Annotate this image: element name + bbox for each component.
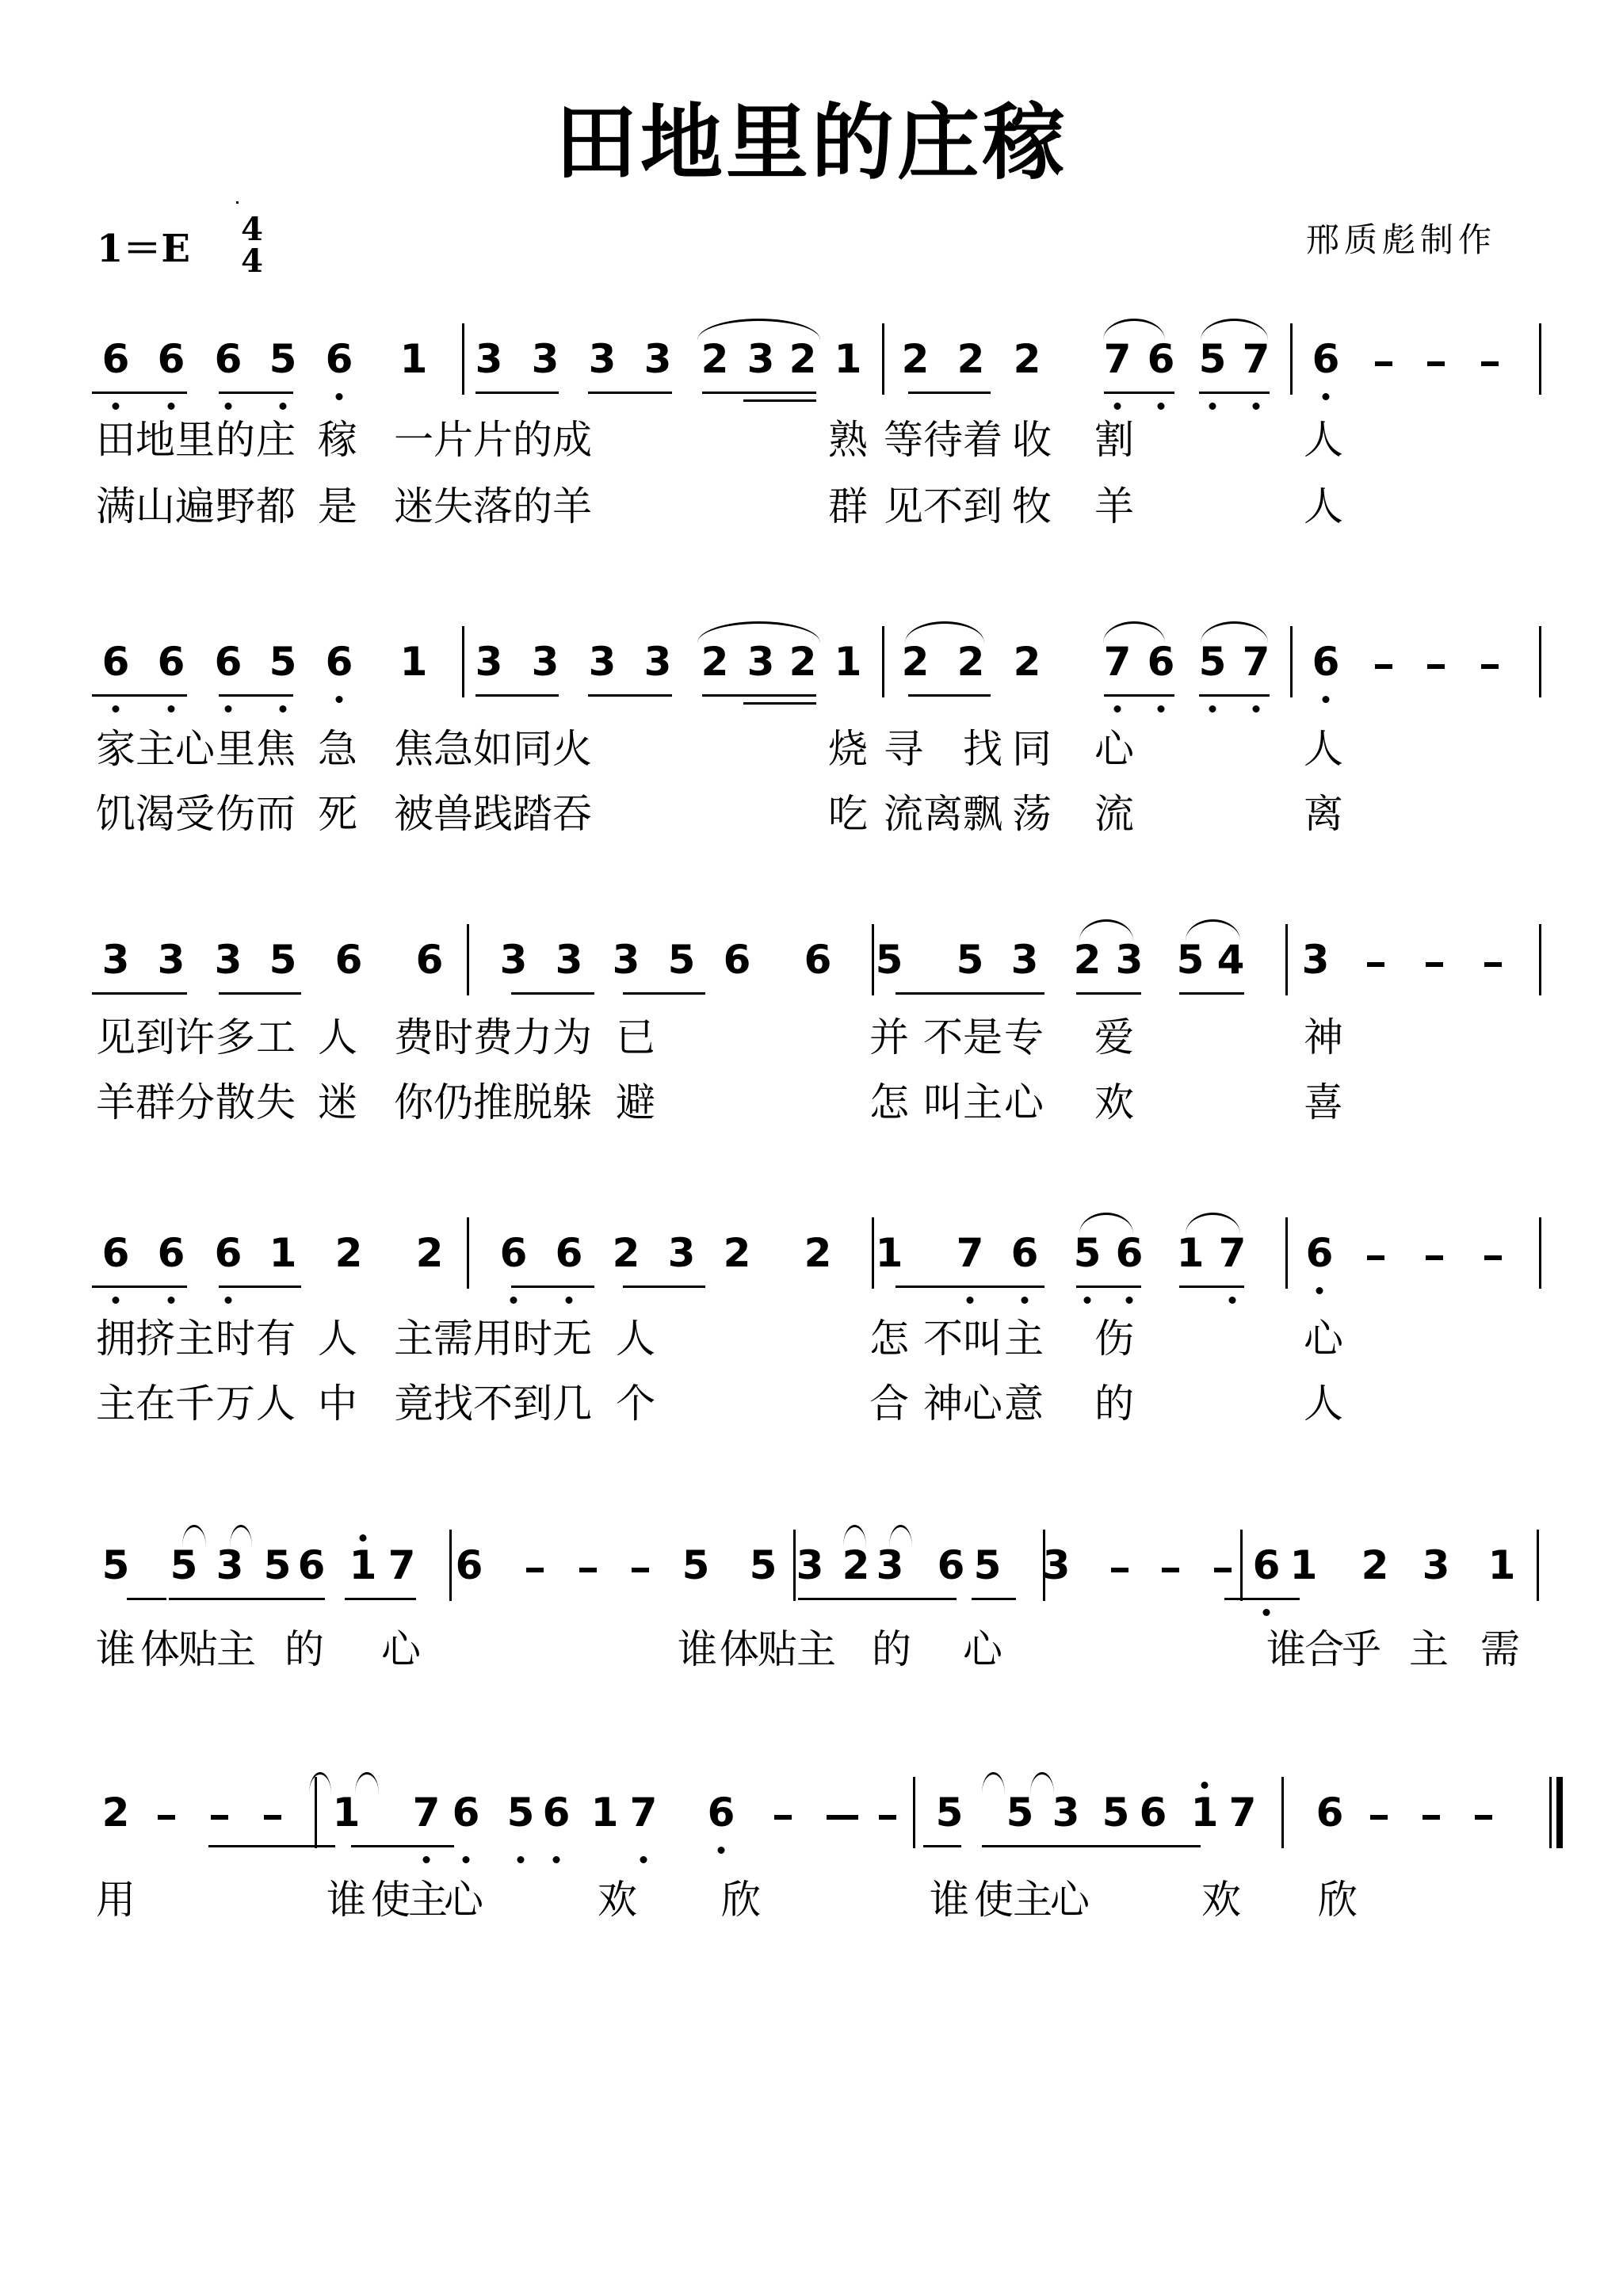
lyric-char: 寻	[884, 729, 923, 769]
lyric-char: 欣	[721, 1880, 761, 1920]
sustain-dash	[1427, 361, 1445, 366]
eighth-underline	[982, 1845, 1030, 1847]
slur	[1186, 919, 1240, 941]
sixteenth-underline	[743, 702, 816, 705]
low-octave-dot	[1229, 1297, 1236, 1304]
lyric-char: 离	[923, 794, 963, 834]
sustain-dash	[1367, 1255, 1384, 1260]
note: 4	[1217, 940, 1245, 980]
barline	[1539, 924, 1541, 995]
note: 6	[215, 339, 242, 379]
slur	[230, 1525, 252, 1546]
sustain-dash	[1427, 664, 1445, 669]
lyric-char: 如	[473, 729, 513, 769]
note: 5	[1199, 642, 1227, 682]
sustain-dash	[1484, 1255, 1502, 1260]
lyric-char: 已	[616, 1018, 655, 1057]
lyric-char: 时	[433, 1018, 473, 1057]
lyric-char: 是	[963, 1018, 1002, 1057]
lyric-char: 的	[513, 420, 552, 460]
low-octave-dot	[168, 403, 175, 410]
lyric-char: 谁	[678, 1629, 717, 1669]
slur	[1079, 1213, 1133, 1234]
barline	[793, 1530, 796, 1601]
lyric-char: 工	[256, 1018, 296, 1057]
lyric-char: 有	[256, 1319, 296, 1358]
low-octave-dot	[1316, 1287, 1323, 1294]
barline	[1285, 924, 1288, 995]
low-octave-dot	[423, 1856, 430, 1863]
sixteenth-underline	[743, 399, 816, 402]
lyric-char: 千	[175, 1384, 215, 1423]
lyric-char: 为	[552, 1018, 592, 1057]
barline	[1281, 1777, 1284, 1848]
note: 2	[902, 339, 930, 379]
lyric-char: 收	[1012, 420, 1052, 460]
eighth-underline	[1199, 694, 1270, 697]
note: 5	[507, 1793, 535, 1832]
note: 3	[644, 642, 672, 682]
lyric-char: 费	[473, 1018, 513, 1057]
lyric-char: 是	[318, 487, 357, 526]
lyric-char: 喜	[1304, 1083, 1343, 1122]
lyric-char: 用	[473, 1319, 513, 1358]
lyric-char: 躲	[552, 1083, 592, 1122]
eighth-underline	[1224, 1598, 1300, 1600]
low-octave-dot	[1209, 403, 1216, 410]
note: 5	[1177, 940, 1205, 980]
note: 3	[613, 940, 640, 980]
sustain-dash	[632, 1568, 649, 1572]
note: 6	[215, 1233, 242, 1273]
barline	[462, 323, 464, 395]
lyric-char: 个	[616, 1384, 655, 1423]
lyric-char: 脱	[513, 1083, 552, 1122]
note: 5	[957, 940, 984, 980]
note: 2	[957, 642, 985, 682]
eighth-underline	[475, 392, 559, 394]
note: 5	[269, 642, 297, 682]
note: 1	[1290, 1545, 1318, 1585]
lyric-char: 家	[96, 729, 136, 769]
note: 3	[1052, 1793, 1080, 1832]
eighth-underline	[1199, 392, 1270, 394]
sustain-dash	[1481, 664, 1499, 669]
lyric-char: 万	[216, 1384, 255, 1423]
time-signature-denominator: 4	[236, 246, 268, 277]
lyric-char: 叫	[923, 1083, 963, 1122]
slur	[1103, 319, 1165, 340]
lyric-char: 急	[433, 729, 473, 769]
lyric-char: 贴	[178, 1629, 218, 1669]
lyric-char: 多	[216, 1018, 255, 1057]
lyric-char: 人	[1304, 729, 1343, 769]
low-octave-dot	[718, 1847, 725, 1854]
note: 1	[1488, 1545, 1516, 1585]
low-octave-dot	[168, 705, 175, 712]
note: 3	[215, 940, 242, 980]
slur	[982, 1772, 1005, 1794]
eighth-underline	[957, 1286, 1044, 1288]
lyric-char: 迷	[394, 487, 433, 526]
note: 2	[804, 1233, 832, 1273]
lyric-char: 群	[136, 1083, 175, 1122]
time-signature-divider	[236, 201, 239, 204]
low-octave-dot	[1114, 403, 1121, 410]
lyric-char: 心	[963, 1629, 1002, 1669]
lyric-char: 群	[828, 487, 868, 526]
eighth-underline	[908, 392, 991, 394]
note: 3	[644, 339, 672, 379]
lyric-char: 迷	[318, 1083, 357, 1122]
note: 6	[102, 1233, 130, 1273]
eighth-underline	[219, 694, 293, 697]
lyric-char: 欢	[1201, 1880, 1241, 1920]
lyric-char: 吃	[828, 794, 868, 834]
lyric-char: 竟	[394, 1384, 433, 1423]
note: 3	[158, 940, 185, 980]
lyric-char: 主	[1004, 1319, 1044, 1358]
lyric-char: 散	[216, 1083, 255, 1122]
lyric-char: 几	[552, 1384, 592, 1423]
note: 7	[1219, 1233, 1247, 1273]
note: 6	[500, 1233, 528, 1273]
lyric-char: 稼	[318, 420, 357, 460]
lyric-char: 等	[884, 420, 923, 460]
eighth-underline	[1141, 1845, 1201, 1847]
low-octave-dot	[1084, 1297, 1091, 1304]
lyric-char: 怎	[869, 1319, 909, 1358]
lyric-char: 流	[884, 794, 923, 834]
barline	[449, 1530, 452, 1601]
note: 6	[326, 642, 353, 682]
notation-system: 6665613333232122276576	[0, 642, 1623, 713]
note: 3	[532, 339, 559, 379]
lyric-char: 踏	[513, 794, 552, 834]
lyric-char: 山	[136, 487, 175, 526]
note: 6	[215, 642, 242, 682]
barline	[913, 1777, 915, 1848]
lyric-char: 无	[552, 1319, 592, 1358]
sustain-dash	[1426, 962, 1443, 967]
lyric-char: 熟	[828, 420, 868, 460]
note: 3	[216, 1545, 244, 1585]
lyric-char: 合	[869, 1384, 909, 1423]
eighth-underline	[702, 694, 816, 697]
eighth-underline	[92, 392, 187, 394]
sustain-dash	[1111, 1568, 1128, 1572]
sustain-dash	[1423, 1815, 1440, 1820]
slur	[1103, 621, 1165, 643]
low-octave-dot	[463, 1856, 470, 1863]
lyric-char: 流	[1094, 794, 1134, 834]
lyric-char: 渴	[136, 794, 175, 834]
barline	[872, 1217, 874, 1289]
low-octave-dot	[1253, 705, 1260, 712]
low-octave-dot	[1323, 696, 1330, 703]
lyric-char: 的	[1094, 1384, 1134, 1423]
sustain-dash	[526, 1568, 544, 1572]
eighth-underline	[262, 1598, 325, 1600]
low-octave-dot	[225, 403, 232, 410]
lyric-char: 意	[1004, 1384, 1044, 1423]
note: 6	[102, 339, 130, 379]
sustain-dash	[1367, 962, 1384, 967]
barline	[1537, 1530, 1539, 1601]
note: 2	[789, 339, 817, 379]
sustain-dash	[1375, 361, 1392, 366]
lyric-char: 遍	[175, 487, 215, 526]
lyric-char: 合	[1304, 1629, 1344, 1669]
lyric-char: 见	[884, 487, 923, 526]
low-octave-dot	[113, 403, 120, 410]
lyric-char: 焦	[394, 729, 433, 769]
note: 7	[1243, 642, 1270, 682]
low-octave-dot	[336, 696, 343, 703]
note: 6	[543, 1793, 571, 1832]
note: 5	[750, 1545, 777, 1585]
eighth-underline	[345, 1598, 416, 1600]
barline	[1240, 1530, 1243, 1601]
lyric-char: 失	[256, 1083, 296, 1122]
slur	[1186, 1213, 1240, 1234]
note: 7	[630, 1793, 658, 1832]
lyric-char: 需	[1480, 1629, 1520, 1669]
note: 6	[556, 1233, 583, 1273]
note: 1	[1191, 1793, 1219, 1832]
note: 2	[1014, 339, 1041, 379]
lyric-char: 体	[140, 1629, 180, 1669]
barline	[1539, 323, 1541, 395]
lyric-char: 的	[872, 1629, 911, 1669]
note: 3	[589, 339, 617, 379]
lyric-char: 人	[318, 1018, 357, 1057]
high-octave-dot	[1201, 1782, 1209, 1789]
lyric-char: 并	[869, 1018, 909, 1057]
eighth-underline	[219, 392, 293, 394]
lyric-char: 到	[963, 487, 1002, 526]
note: 1	[400, 642, 428, 682]
lyric-char: 时	[216, 1319, 255, 1358]
lyric-char: 羊	[552, 487, 592, 526]
lyric-char: 主	[216, 1629, 256, 1669]
note: 3	[1302, 940, 1330, 980]
sustain-dash	[264, 1815, 281, 1820]
eighth-underline	[623, 992, 705, 995]
note: 2	[724, 1233, 751, 1273]
lyric-char: 谁	[1266, 1629, 1306, 1669]
slur	[1201, 621, 1268, 643]
lyric-char: 牧	[1012, 487, 1052, 526]
lyric-char: 的	[216, 420, 255, 460]
note: 6	[158, 1233, 185, 1273]
lyric-char: 主	[394, 1319, 433, 1358]
eighth-underline	[908, 694, 991, 697]
low-octave-dot	[113, 705, 120, 712]
lyric-char: 使	[974, 1880, 1014, 1920]
lyric-char: 人	[616, 1319, 655, 1358]
eighth-underline	[219, 992, 301, 995]
lyric-char: 心	[1304, 1319, 1343, 1358]
note: 6	[416, 940, 444, 980]
note: 2	[416, 1233, 444, 1273]
lyric-char: 离	[1304, 794, 1343, 834]
note: 5	[936, 1793, 964, 1832]
lyric-char: 死	[318, 794, 357, 834]
lyric-char: 欢	[598, 1880, 637, 1920]
note: 5	[269, 339, 297, 379]
barline	[462, 626, 464, 697]
note: 6	[804, 940, 832, 980]
sustain-dash	[1475, 1815, 1492, 1820]
eighth-underline	[407, 1845, 454, 1847]
song-title: 田地里的庄稼	[0, 101, 1623, 184]
note: 1	[591, 1793, 619, 1832]
note: 5	[1074, 1233, 1102, 1273]
lyric-char: 烧	[828, 729, 868, 769]
note: 2	[102, 1793, 130, 1832]
eighth-underline	[1092, 1845, 1144, 1847]
eighth-underline	[92, 992, 187, 995]
lyric-char: 片	[473, 420, 513, 460]
note: 5	[269, 940, 297, 980]
eighth-underline	[702, 392, 816, 394]
lyric-char: 见	[96, 1018, 136, 1057]
note: 3	[668, 1233, 696, 1273]
lyric-char: 欣	[1318, 1880, 1358, 1920]
lyric-char: 都	[256, 487, 296, 526]
slur	[697, 621, 820, 643]
lyric-char: 仍	[433, 1083, 473, 1122]
sustain-dash	[579, 1568, 597, 1572]
eighth-underline	[92, 694, 187, 697]
lyric-char: 不	[923, 487, 963, 526]
lyric-char: 体	[720, 1629, 759, 1669]
low-octave-dot	[640, 1856, 647, 1863]
low-octave-dot	[113, 1297, 120, 1304]
eighth-underline	[219, 1286, 301, 1288]
lyric-char: 到	[513, 1384, 552, 1423]
note: 3	[796, 1545, 824, 1585]
notation-system: 553561765532365361231	[0, 1545, 1623, 1617]
low-octave-dot	[1126, 1297, 1133, 1304]
lyric-char: 爱	[1094, 1018, 1134, 1057]
eighth-underline	[1030, 1845, 1092, 1847]
barline	[1290, 323, 1293, 395]
note: 2	[335, 1233, 363, 1273]
lyric-char: 人	[318, 1319, 357, 1358]
low-octave-dot	[1209, 705, 1216, 712]
note: 2	[1361, 1545, 1389, 1585]
slur	[697, 319, 820, 340]
note: 6	[938, 1545, 965, 1585]
barline	[467, 924, 469, 995]
lyric-char: 飘	[963, 794, 1002, 834]
lyric-char: 羊	[1094, 487, 1134, 526]
lyric-char: 主	[175, 1319, 215, 1358]
eighth-underline	[1104, 392, 1174, 394]
note: 5	[1006, 1793, 1034, 1832]
sustain-dash	[1481, 361, 1499, 366]
eighth-underline	[302, 1845, 335, 1847]
low-octave-dot	[1323, 393, 1330, 400]
eighth-underline	[588, 392, 672, 394]
lyric-char: 推	[473, 1083, 513, 1122]
barline	[1290, 626, 1293, 697]
sustain-dash	[211, 1815, 228, 1820]
note: 6	[1312, 339, 1340, 379]
lyric-char: 主	[1409, 1629, 1449, 1669]
note: 7	[1104, 339, 1132, 379]
lyric-char: 人	[256, 1384, 296, 1423]
lyric-char: 庄	[256, 420, 296, 460]
note: 3	[1043, 1545, 1071, 1585]
high-octave-dot	[360, 1534, 367, 1541]
eighth-underline	[220, 1598, 265, 1600]
barline	[1285, 1217, 1288, 1289]
note: 6	[456, 1545, 483, 1585]
sustain-dash	[841, 1815, 858, 1820]
low-octave-dot	[553, 1856, 560, 1863]
notation-system: 33356633356655323543	[0, 940, 1623, 1011]
note: 1	[269, 1233, 297, 1273]
key-signature: 1＝E	[97, 230, 190, 268]
notation-system: 21765617655356176	[0, 1793, 1623, 1864]
eighth-underline	[885, 1598, 957, 1600]
note: 2	[701, 339, 729, 379]
lyric-char: 人	[1304, 420, 1343, 460]
note: 6	[1116, 1233, 1144, 1273]
lyric-char: 找	[433, 1384, 473, 1423]
lyric-char: 心	[963, 1384, 1002, 1423]
lyric-char: 野	[216, 487, 255, 526]
lyric-char: 成	[552, 420, 592, 460]
time-signature-numerator: 4	[236, 214, 268, 246]
lyric-char: 的	[285, 1629, 324, 1669]
eighth-underline	[127, 1598, 166, 1600]
note: 6	[1253, 1545, 1281, 1585]
low-octave-dot	[1114, 705, 1121, 712]
note: 6	[326, 339, 353, 379]
lyric-char: 不	[923, 1319, 963, 1358]
low-octave-dot	[1158, 705, 1165, 712]
barline	[872, 924, 874, 995]
note: 3	[102, 940, 130, 980]
lyric-char: 心	[444, 1880, 483, 1920]
note: 3	[1423, 1545, 1450, 1585]
lyric-char: 里	[216, 729, 255, 769]
lyric-char: 拥	[96, 1319, 136, 1358]
note: 7	[388, 1545, 416, 1585]
lyric-char: 伤	[1094, 1319, 1134, 1358]
note: 6	[298, 1545, 326, 1585]
low-octave-dot	[566, 1297, 573, 1304]
note: 1	[834, 339, 862, 379]
lyric-char: 火	[552, 729, 592, 769]
barline	[1539, 1217, 1541, 1289]
eighth-underline	[588, 694, 672, 697]
note: 1	[834, 642, 862, 682]
sustain-dash	[1214, 1568, 1232, 1572]
lyric-char: 用	[96, 1880, 136, 1920]
note: 5	[682, 1545, 710, 1585]
lyric-char: 践	[473, 794, 513, 834]
low-octave-dot	[225, 705, 232, 712]
note: 7	[1104, 642, 1132, 682]
note: 6	[1148, 642, 1175, 682]
lyric-char: 叫	[963, 1319, 1002, 1358]
lyric-char: 田	[96, 420, 136, 460]
